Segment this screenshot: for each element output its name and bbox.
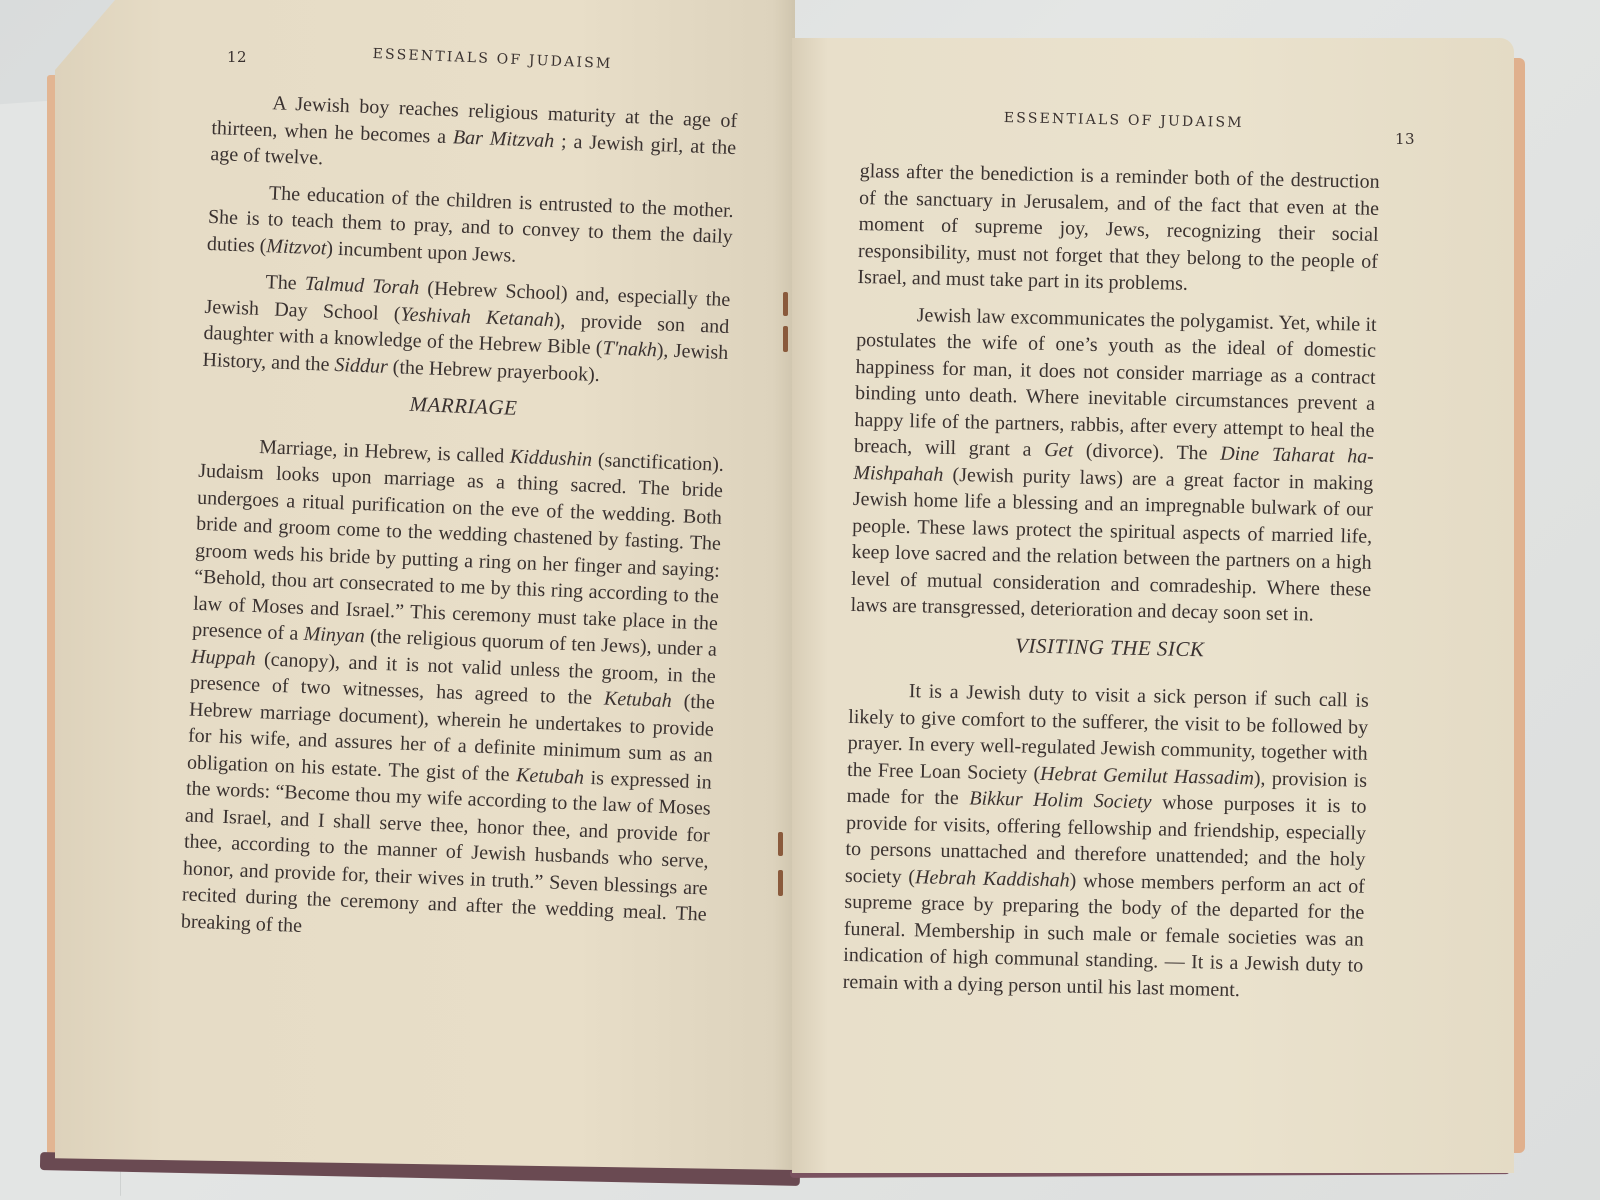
paragraph: A Jewish boy reaches religious maturity …: [210, 88, 738, 188]
page-number: 13: [1395, 130, 1415, 148]
paragraph: Jewish law excommunicates the polygamist…: [850, 300, 1377, 629]
binding-stitch: [783, 292, 788, 316]
paragraph: glass after the benediction is a reminde…: [857, 158, 1380, 301]
left-page: 12 ESSENTIALS OF JUDAISM A Jewish boy re…: [55, 0, 795, 1170]
section-heading-visiting-the-sick: VISITING THE SICK: [850, 628, 1370, 665]
paragraph: It is a Jewish duty to visit a sick pers…: [842, 677, 1369, 1006]
running-head: ESSENTIALS OF JUDAISM: [372, 46, 612, 72]
paragraph: The Talmud Torah (Hebrew School) and, es…: [202, 267, 731, 393]
running-head: ESSENTIALS OF JUDAISM: [1004, 110, 1244, 131]
right-page: ESSENTIALS OF JUDAISM 13 glass after the…: [792, 38, 1514, 1173]
binding-stitch: [783, 326, 788, 352]
page-number: 12: [227, 48, 247, 66]
paragraph: Marriage, in Hebrew, is called Kiddushin…: [180, 431, 724, 954]
left-body-text: A Jewish boy reaches religious maturity …: [180, 88, 738, 965]
binding-stitch: [778, 870, 783, 896]
paragraph: The education of the children is entrust…: [207, 177, 735, 277]
binding-stitch: [778, 832, 783, 856]
right-body-text: glass after the benediction is a reminde…: [842, 158, 1380, 1016]
